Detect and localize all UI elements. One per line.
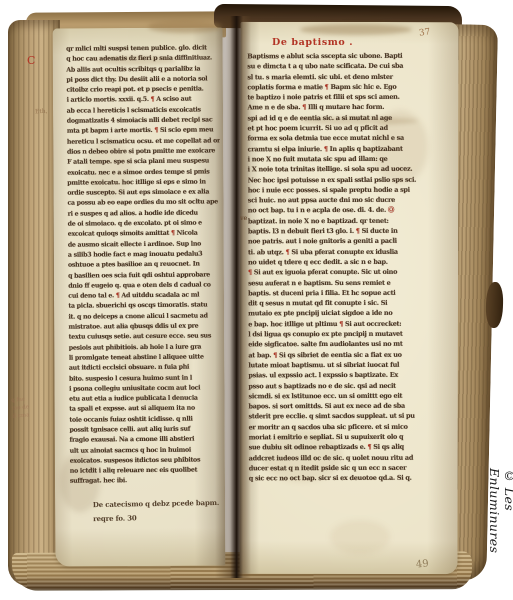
left-margin-note: Eth, — [35, 108, 48, 116]
manuscript-text-line: baptizat. in noie X no e baptizad. qr te… — [248, 215, 429, 226]
manuscript-text-line: i X noie tota trinitas itellige. si sola… — [248, 164, 429, 175]
manuscript-text-line: ducer estat q n itedit pside sic q un ec… — [249, 463, 430, 474]
chapter-rubric: De baptismo . — [272, 37, 353, 48]
manuscript-text-line: er moritr an q sacdos uba sic pficere. e… — [249, 421, 430, 432]
manuscript-text-line: Baptisms e ablut scia sscepta sic ubone.… — [247, 51, 428, 62]
manuscript-text-line: no uidet q tdere q ecc dedit. a sic n e … — [248, 257, 429, 268]
manuscript-text-line: li promlgate teneat abstine l aliquee ui… — [69, 352, 222, 364]
manuscript-text-line: et pt hoc poem icurrit. Si uo ad q pfici… — [247, 123, 428, 134]
manuscript-text-line: sl tu. s maria elemti. sic ubi. et deno … — [247, 71, 428, 82]
manuscript-text-line: te baptizo i noie patris et filii et sps… — [247, 92, 428, 103]
pencil-folio-number: 49 — [415, 558, 429, 570]
fore-edge-tab — [485, 282, 504, 329]
manuscript-text-line: baptis. l3 n debuit fieri t3 glo. i. ¶ S… — [248, 226, 429, 237]
manuscript-text-line: oshtuoe a ptes basilioe an q reuocnet. I… — [68, 260, 221, 272]
manuscript-text-line: q sic ecc no oct bap. sicr si ex deuotoe… — [249, 473, 430, 484]
manuscript-text-line: sicmdi. si ex lstitunoe ecc. un si omitt… — [248, 390, 429, 401]
colophon-line: De catecismo q debz pcede bapm. — [93, 496, 219, 512]
manuscript-text-line: F atali tempe. spe si scia plani meu sus… — [67, 157, 220, 169]
manuscript-text-line: stderit pre ecclie. q simt sacdos supple… — [249, 411, 430, 422]
manuscript-text-line: spi ad id q e de eentia sic. a si mutat … — [247, 112, 428, 123]
manuscript-text-line: at bap. ¶ Si qs sibriet de eentia sic a … — [248, 349, 429, 360]
manuscript-text-line: mutaio ex pte pncipij uiciat sigdoe a id… — [248, 308, 429, 319]
manuscript-text-line: noe patris. aut i noie gnitoris a geniti… — [248, 236, 429, 247]
manuscript-text-line: Ame n e de sba. ¶ Illi q mutare hac form… — [247, 102, 428, 113]
manuscript-text-line: coplatis forma e matie ¶ Bapm sic hic e.… — [247, 82, 428, 93]
left-page-colophon: De catecismo q debz pcede bapm. reqre fo… — [93, 496, 220, 525]
manuscript-text-line: forma ex sola detmia tue ecce mutat nich… — [248, 133, 429, 144]
manuscript-text-line: il cma — [12, 411, 30, 420]
manuscript-text-line: sue dubiu sit odinoe rebaptizads e. ¶ Si… — [249, 442, 430, 453]
manuscript-text-line: baptis. st duceni pria i filia. Et hc so… — [248, 288, 429, 299]
manuscript-text-line: e bap. hoc itllige ut pltimu ¶ Si aut oc… — [248, 318, 429, 329]
manuscript-text-line: l dsi ligua qs conupio ex pte pncipij n … — [248, 329, 429, 340]
left-margin-scribbles: q facmo deil cma — [11, 395, 30, 420]
colophon-line: reqre fo. 30 — [93, 509, 219, 525]
copyright-watermark: © Les Enluminures — [487, 468, 513, 600]
manuscript-text-line: Nec hoc ipsi potuisse n ex spali sstlai … — [248, 174, 429, 185]
manuscript-text-line: psias. ul expssio act. l expssio s bapti… — [248, 370, 429, 381]
folio-number: 37 — [418, 27, 431, 38]
manuscript-text-line: dit q sesus n mutat qd fit conupte i sic… — [248, 298, 429, 309]
left-page-text-block: qr mlici mlti suspsi tenen publice. glo.… — [66, 43, 223, 487]
manuscript-text-line: sesu auferat n e baptism. Su sens remiet… — [248, 277, 429, 288]
manuscript-text-line: moriat i emitrio e sepliat. Si u supuixe… — [249, 432, 430, 443]
manuscript-text-line: q hoc cau adenatis dz fieri p snia diffi… — [66, 54, 219, 66]
manuscript-text-line: bapos. si sort omittds. Si aut ex nece a… — [248, 401, 429, 412]
manuscript-text-line: eide sigficatoe. salte fm audiolantes us… — [248, 339, 429, 350]
right-page-text-block: Baptisms e ablut scia sscepta sic ubone.… — [247, 51, 430, 484]
manuscript-text-line: de oi simoiaco. q de excolato. pt oi sim… — [68, 218, 221, 230]
manuscript-text-line: su e dimcta t a q ubo nate scificata. De… — [247, 61, 428, 72]
right-margin-note: ve — [240, 215, 247, 222]
manuscript-text-line: citoibz crio reapi pot. et p psecis e pe… — [66, 85, 219, 97]
manuscript-text-line: exoicatos. suspesos itdictos seu phibito… — [70, 455, 223, 467]
manuscript-text-line: suffragat. hec ibi. — [70, 476, 223, 488]
manuscript-text-line: sci huic. no aut ppsa aucte dni mo sic d… — [248, 195, 429, 206]
manuscript-text-line: it. q no deiceps a cnone alicui l sacmet… — [68, 311, 221, 323]
manuscript-text-line: no oct bap. tu i n e acpla de ose. di. 4… — [248, 205, 429, 216]
manuscript-text-line: i psona collegiu uniusitate cocm aut loc… — [69, 383, 222, 395]
manuscript-text-line: lutate mioat baptismu. ut si sibriat iuo… — [248, 360, 429, 371]
manuscript-text-line: psso aut s baptizads no e de sic. qsi ad… — [248, 380, 429, 391]
manuscript-photo: C Eth, q facmo deil cma qr mlici mlti su… — [0, 0, 513, 600]
manuscript-text-line: ti. ab utqz. ¶ Si uba pferat conupte ex … — [248, 246, 429, 257]
manuscript-text-line: i noe X no fuit mutata sic spu ad illam:… — [248, 154, 429, 165]
manuscript-text-line: addcret iudeos illd oc de sic. q uolet n… — [249, 452, 430, 463]
edge-red-mark: C — [27, 54, 35, 67]
manuscript-text-line: hoc i nuie ecc posses. si spale preptu h… — [248, 185, 429, 196]
manuscript-text-line: cramtu si elpa iniurie. ¶ In aplis q bap… — [248, 143, 429, 154]
manuscript-text-line: ¶ Si aut ex iguoia pferat conupte. Sic u… — [248, 267, 429, 278]
